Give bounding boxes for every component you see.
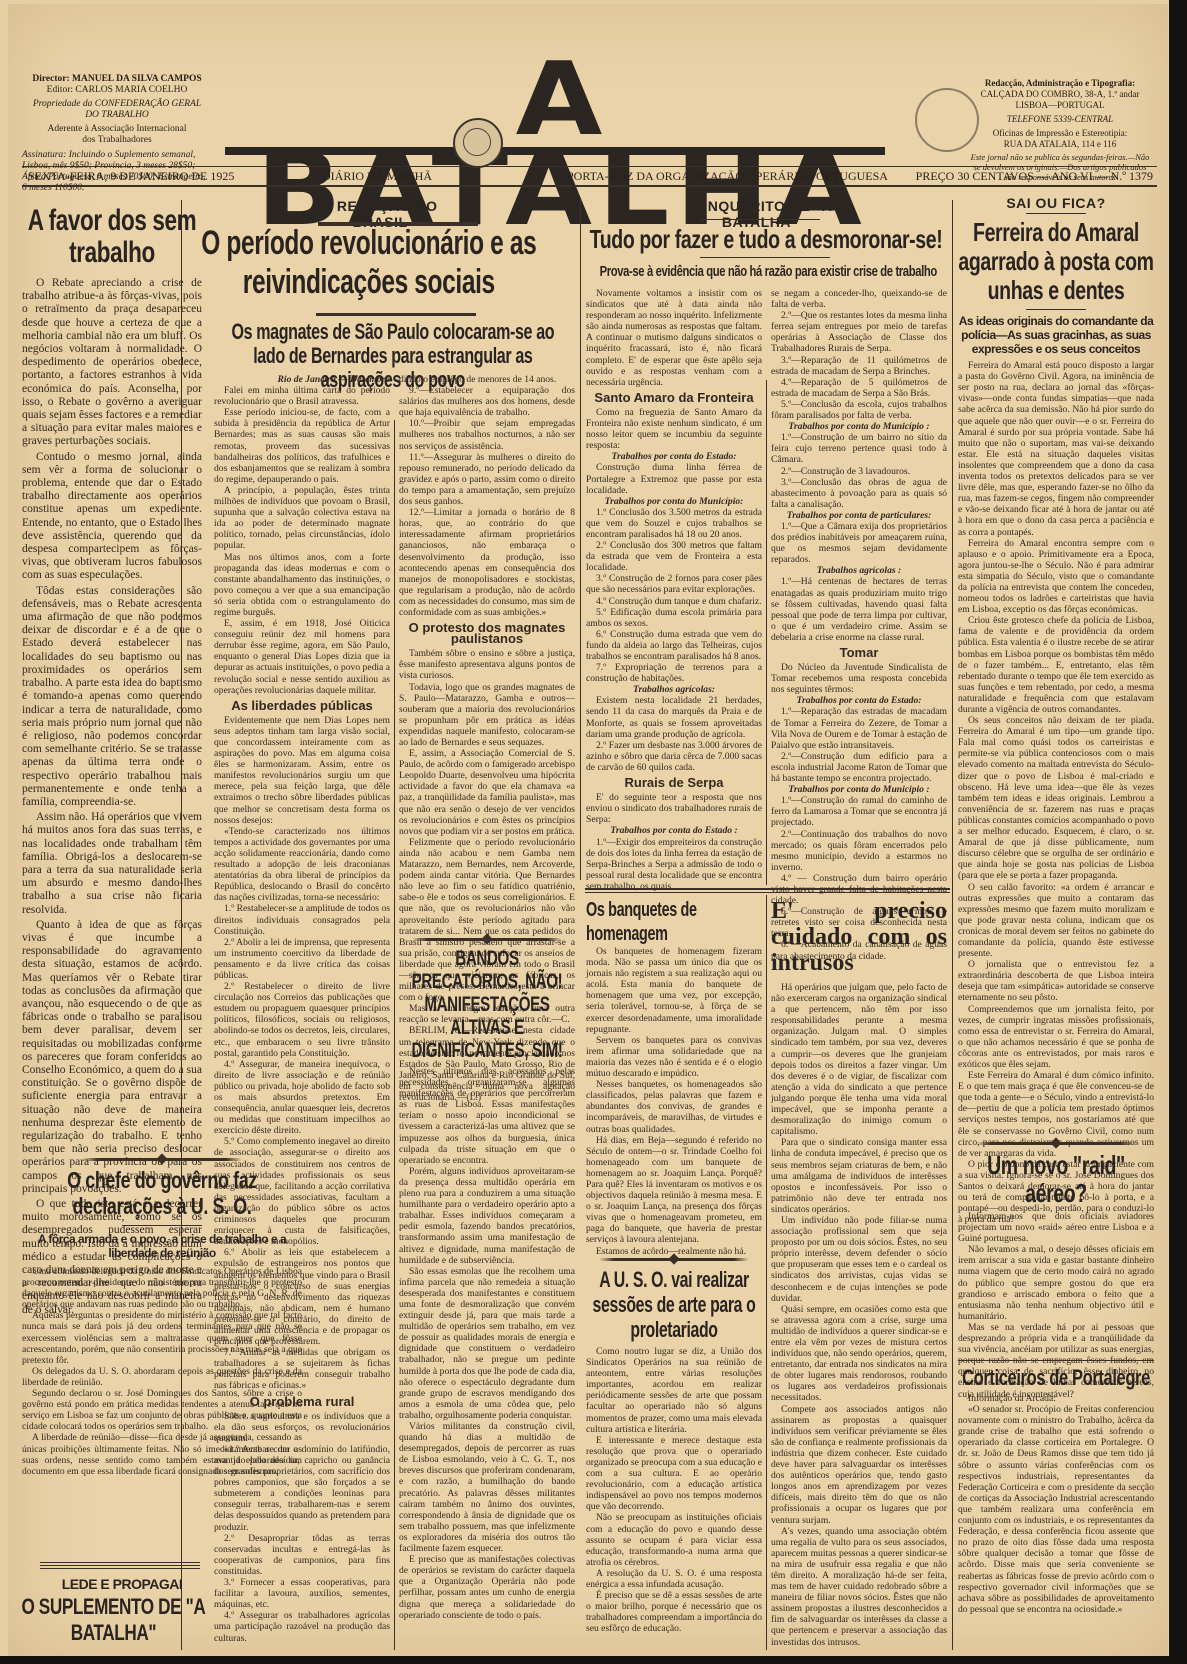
paragraph: Os banquetes de homenagem fizeram moda. …: [586, 946, 762, 1035]
subheading: Rurais de Serpa: [586, 777, 762, 788]
paragraph: Também sôbre o ensino e sôbre a justiça,…: [399, 648, 575, 681]
list-item: 3.º Construção de 2 fornos para coser pã…: [586, 573, 762, 595]
column-rule: [952, 200, 953, 1650]
deck: As ideas originais do comandante da polí…: [958, 314, 1154, 356]
paragraph: Como na freguezia de Santo Amaro da Fron…: [586, 407, 762, 451]
issue-date: SEXTA-FEIRA, 9 DE JANEIRO DE 1925: [28, 167, 234, 185]
article-inquerito-left: Novamente voltamos a insistir com os sin…: [586, 288, 762, 892]
column-rule: [580, 200, 581, 880]
section-divider: [585, 892, 950, 893]
list-item: 6.º Construção duma estrada que vem do f…: [586, 629, 762, 662]
paragraph: Novamente voltamos a insistir com os sin…: [586, 288, 762, 388]
main-deck: Prova-se à evidência que não há razão pa…: [592, 263, 945, 281]
paragraph: Quanto à idea de que as fôrças vivas é q…: [22, 919, 202, 1196]
list-item: 1.º—Que a Câmara exija dos proprietários…: [771, 521, 947, 565]
paragraph: O jornalista que o entrevistou fez a ext…: [958, 959, 1154, 1003]
paragraph: 11.º—Assegurar às mulheres o direito do …: [399, 452, 575, 507]
paragraph: E preciso que as manifestações colectiva…: [399, 1554, 575, 1621]
list-item: 2.º—Construção de 3 lavadouros.: [771, 466, 947, 477]
list-item: 1.º—Reparação das estradas de macadam de…: [771, 706, 947, 750]
subheading: Santo Amaro da Fronteira: [586, 392, 762, 403]
paragraph: 2.º Abolir a lei de imprensa, que repres…: [214, 937, 390, 981]
list-item: 1.º—Construção de um bairro no sítio da …: [771, 432, 947, 465]
title-underline: [225, 147, 885, 155]
list-item: 3.º—Reparação de 11 quilómetros de estra…: [771, 355, 947, 377]
article-inquerito-right: se negam a conceder-lho, queixando-se de…: [771, 288, 947, 962]
headline: Corticeiros de Portalegre: [958, 1365, 1155, 1391]
subheading: As liberdades públicas: [214, 700, 390, 711]
article-intrusos: E' preciso cuidado com os intrusos Há op…: [771, 898, 947, 1648]
list-item: 1.º—Construção do ramal do caminho de fe…: [771, 795, 947, 828]
paragraph: 2.º Restabelecer o direito de livre circ…: [214, 981, 390, 1059]
list-item: 2.º—Que os restantes lotes da mesma linh…: [771, 310, 947, 354]
article-corticeiros: Corticeiros de Portalegre Informação da …: [958, 1360, 1154, 1615]
address-line-1: Redacção, Administração e Tipografia:: [970, 78, 1150, 89]
list-heading: Trabalhos por conta do Estado:: [771, 695, 947, 706]
main-headline: O período revolucionário e as reivindica…: [196, 224, 542, 302]
section-divider: [585, 888, 950, 890]
paragraph: 4.º Assegurar os trabalhadores agrícolas…: [214, 1610, 390, 1643]
headline: BANDOS PRECATÓRIOS, NÃO! MANIFESTAÇÕES A…: [401, 947, 574, 1062]
divider: [122, 1225, 202, 1226]
headline: Ferreira do Amaral agarrado à posta com …: [958, 218, 1155, 305]
paragraph: Assim não. Há operários que vivem há mui…: [22, 811, 202, 917]
paragraph: Sôbre a agricultura e os indivíduos que …: [214, 1411, 390, 1444]
section-kicker: SAI OU FICA?: [958, 198, 1154, 209]
headline: A favor dos sem trabalho: [22, 205, 202, 269]
address-line-2: CALÇADA DO COMBRO, 38-A, 1.º andar: [970, 89, 1150, 100]
paragraph: Porém, alguns indivíduos aproveitaram-se…: [399, 1166, 575, 1266]
headline: A U. S. O. vai realizar sessões de arte …: [584, 1267, 764, 1342]
phone-line: TELEFONE 5339-CENTRAL: [970, 114, 1150, 125]
tagline: PORTA-VOZ DA ORGANIZAÇÃO OPERÁRIA PORTUG…: [567, 167, 888, 185]
ornament-divider: [40, 1560, 200, 1569]
scan-border-right: [1169, 0, 1187, 1664]
list-heading: Trabalhos por conta do Estado:: [586, 451, 762, 462]
paragraph: 9.º—Estabelecer a equiparação dos salári…: [399, 385, 575, 418]
paragraph: Informam-nos que dois oficiais aviadores…: [958, 1211, 1154, 1244]
printshop-address: RUA DA ATALAIA, 114 e 116: [970, 139, 1150, 150]
paragraph: 6.º Abolir as leis que estabelecem a exp…: [214, 1247, 390, 1347]
editor-line: Editor: CARLOS MARIA COELHO: [22, 85, 212, 96]
paragraph: 1.º Restabelecer-se a amplitude de todos…: [214, 903, 390, 936]
list-item: 2.º—Continuação dos trabalhos do novo me…: [771, 829, 947, 873]
paragraph: Há operários que julgam que, pelo facto …: [771, 982, 947, 1137]
list-item: 2.º Conclusão dos 300 metros que faltam …: [586, 540, 762, 573]
paragraph: Criou êste grotesco chefe da polícia de …: [958, 615, 1154, 715]
list-heading: Trabalhos agrícolas :: [771, 565, 947, 576]
paragraph: Falei em minha última carta do período r…: [214, 385, 390, 407]
paragraph: Compete aos associados antigos não assin…: [771, 1404, 947, 1526]
paragraph: Ferreira do Amaral está pouco disposto a…: [958, 360, 1154, 538]
promo-kicker: LEDE E PROPAGAI: [22, 1576, 222, 1592]
divider: [1026, 213, 1086, 214]
divider: [1026, 309, 1086, 310]
divider: [700, 257, 830, 258]
list-item: 2.º Fazer um desbaste nas 3.000 árvores …: [586, 740, 762, 773]
paragraph: Evidentemente que nem Dias Lopes nem seu…: [214, 715, 390, 826]
ownership-line: Propriedade da CONFEDERAÇÃO GERAL: [22, 99, 212, 110]
list-heading: Trabalhos por conta do Municipio :: [771, 784, 947, 795]
subheading: O problema rural: [214, 1396, 390, 1407]
paragraph: Quási sempre, em ocasiões como esta que …: [771, 1304, 947, 1404]
list-heading: Trabalhos por conta do Estado :: [586, 825, 762, 836]
paragraph: A resolução da U. S. O. é uma resposta e…: [586, 1568, 762, 1590]
paragraph: Informação da Arcada:: [958, 1393, 1154, 1404]
dateline: Rio de Janeiro — Dezembro: [214, 374, 390, 385]
paragraph: E interessante e merece destaque esta re…: [586, 1435, 762, 1513]
column-rule: [766, 895, 767, 1650]
paragraph: Mas nos últimos anos, com a forte propag…: [214, 552, 390, 619]
paragraph: Para que o sindicato consiga manter essa…: [771, 1137, 947, 1215]
paragraph: Servem os banquetes para os convivas ire…: [586, 1035, 762, 1079]
column-rule: [766, 380, 767, 885]
paragraph: Um indivíduo não pode filiar-se numa ass…: [771, 1215, 947, 1304]
affiliation-line: Aderente à Associação Internacional: [22, 124, 212, 135]
article-ferreira-amaral: SAI OU FICA? Ferreira do Amaral agarrado…: [958, 198, 1154, 1225]
dateline-bar: SEXTA-FEIRA, 9 DE JANEIRO DE 1925 DIÁRIO…: [22, 166, 1157, 187]
list-heading: Trabalhos agrícolas:: [586, 684, 762, 695]
paragraph: «1.º Acabar com o domínio do latifúndio,…: [214, 1444, 390, 1533]
article-bandos-precatorios: BANDOS PRECATÓRIOS, NÃO! MANIFESTAÇÕES A…: [399, 938, 575, 1621]
paper-type: DIÁRIO DA MANHÃ: [322, 167, 432, 185]
paragraph: A princípio, a população, êstes trinta m…: [214, 485, 390, 552]
article-sessoes-arte: A U. S. O. vai realizar sessões de arte …: [586, 1258, 762, 1634]
paragraph: O Rebate apreciando a crise de trabalho …: [22, 277, 202, 449]
director-line: Director: MANUEL DA SILVA CAMPOS: [22, 74, 212, 85]
paragraph: dindo o emprêgo de menores de 14 anos.: [399, 374, 575, 385]
printshop-line: Oficinas de Impressão e Estereotipia:: [970, 128, 1150, 139]
article-sem-trabalho: A favor dos sem trabalho O Rebate apreci…: [22, 205, 202, 1319]
headline: E' preciso cuidado com os intrusos: [771, 898, 947, 976]
headline: Um novo "raid" aéreo?: [958, 1151, 1155, 1207]
list-item: se negam a conceder-lho, queixando-se de…: [771, 288, 947, 310]
list-item: 4.º Construção dum tanque e dum chafariz…: [586, 596, 762, 607]
paragraph: Construção duma linha férrea de Portaleg…: [586, 462, 762, 495]
divider: [700, 219, 820, 220]
thick-rule: [316, 313, 476, 316]
paragraph: O seu calão favorito: «a ordem é arranca…: [958, 882, 1154, 960]
list-heading: Trabalhos por conta de particulares:: [771, 510, 947, 521]
paragraph: Compreendemos que um jornalista feito, p…: [958, 1004, 1154, 1071]
list-item: 3.º—Conclusão das obras de agua de abast…: [771, 477, 947, 510]
headline: Os banquetes de homenagem: [586, 898, 766, 946]
list-item: 2.º—Construção dum edificio para a escol…: [771, 751, 947, 784]
paragraph: Esse período iniciou-se, de facto, com a…: [214, 407, 390, 485]
subheading: O protesto dos magnates paulistanos: [399, 622, 575, 644]
paragraph: 2.º Desapropriar tôdas as terras conserv…: [214, 1533, 390, 1577]
affiliation-line-2: dos Trabalhadores: [22, 135, 212, 146]
list-item: 4.º—Reparação de 5 quilómetros de estrad…: [771, 377, 947, 399]
paragraph: Como noutro lugar se diz, a União dos Si…: [586, 1346, 762, 1435]
paragraph: Todavia, logo que os grandes magnates de…: [399, 682, 575, 749]
scan-border-bottom: [0, 1656, 1187, 1664]
ornament-divider: [976, 1142, 1136, 1145]
price-issue: PREÇO 30 CENTAVOS — ANO VI — N.º 1379: [916, 167, 1153, 185]
paragraph: Nestes últimos dias, acossados pelas nec…: [399, 1066, 575, 1166]
paragraph: E, assim, a Associação Comercial de S. P…: [399, 748, 575, 837]
divider: [958, 1360, 1154, 1361]
ornament-divider: [412, 938, 562, 941]
paragraph: 12.º—Limitar a jornada o horário de 8 ho…: [399, 507, 575, 618]
ornament-divider: [599, 1258, 749, 1261]
emblem-seal-icon: [453, 118, 503, 168]
paragraph: 4.º Assegurar, de maneira inequívoca, o …: [214, 1059, 390, 1137]
paragraph: Do Núcleo da Juventude Sindicalista de T…: [771, 662, 947, 695]
paragraph: 7.º Anular as medidas que obrigam os tra…: [214, 1347, 390, 1391]
paragraph: Há dias, em Beja—segundo é referido no S…: [586, 1135, 762, 1246]
list-heading: Trabalhos por conta do Município:: [586, 496, 762, 507]
paragraph: 5.º Como complemento inegavel ao direito…: [214, 1136, 390, 1247]
list-item: 1.º—Exigir dos empreiteiros da construçã…: [586, 837, 762, 892]
paragraph: Tôdas estas considerações são defensávei…: [22, 585, 202, 809]
paragraph: Não levamos a mal, o desejo dêsses ofici…: [958, 1244, 1154, 1322]
paragraph: E' do seguinte teor a resposta que nos e…: [586, 792, 762, 825]
paragraph: Não se preocupam as instituições oficiai…: [586, 1512, 762, 1567]
paragraph: Ferreira do Amaral encontra sempre com o…: [958, 538, 1154, 616]
paragraph: Vários militantes da construção civil, q…: [399, 1421, 575, 1554]
list-item: 7.º Expropriação de terrenos para a cons…: [586, 662, 762, 684]
address-line-3: LISBOA—PORTUGAL: [970, 100, 1150, 111]
list-item: 1.º—Há centenas de hectares de terras en…: [771, 576, 947, 643]
paragraph: «Tendo-se caracterizado nos últimos temp…: [214, 826, 390, 904]
list-item: 5.º—Conclusão da escola, cujos trabalhos…: [771, 399, 947, 421]
paragraph: São essas esmolas que lhe recolhem uma í…: [399, 1266, 575, 1421]
paragraph: A's vezes, quando uma associação obtém u…: [771, 1526, 947, 1648]
paragraph: 3.º Fornecer a essas cooperativas, para …: [214, 1577, 390, 1610]
paragraph: Existem nesta localidade 21 herdades, se…: [586, 695, 762, 739]
list-item: 1.º Conclusão dos 3.500 metros da estrad…: [586, 507, 762, 540]
column-rule: [394, 420, 395, 1650]
list-heading: Trabalhos por conta do Município :: [771, 421, 947, 432]
paragraph: «O senador sr. Procópio de Freitas confe…: [958, 1404, 1154, 1615]
ownership-line-2: DO TRABALHO: [22, 110, 212, 121]
paragraph: Os seus conceitos não deixam de ter piad…: [958, 715, 1154, 881]
paragraph: 10.º—Proibir que sejam empregadas mulher…: [399, 418, 575, 451]
article-brasil-part1: Rio de Janeiro — Dezembro Falei em minha…: [214, 374, 390, 1644]
newspaper-title: A BATALHA: [222, 55, 902, 145]
paragraph: É preciso que se dê a essas sessões de a…: [586, 1590, 762, 1634]
paragraph: Nesses banquetes, os homenageados são cl…: [586, 1079, 762, 1134]
paragraph: E, assim, é em 1918, José Oiticica conse…: [214, 618, 390, 696]
paragraph: Contudo o mesmo jornal, ainda sem vêr a …: [22, 451, 202, 583]
main-headline: Tudo por fazer e tudo a desmoronar-se!: [586, 223, 946, 255]
promo-headline: O SUPLEMENTO DE "A BATALHA": [12, 1594, 215, 1646]
list-item: 5.º Edificação duma escola primária para…: [586, 607, 762, 629]
subheading: Tomar: [771, 647, 947, 658]
article-banquetes: Os banquetes de homenagem Os banquetes d…: [586, 898, 762, 1257]
